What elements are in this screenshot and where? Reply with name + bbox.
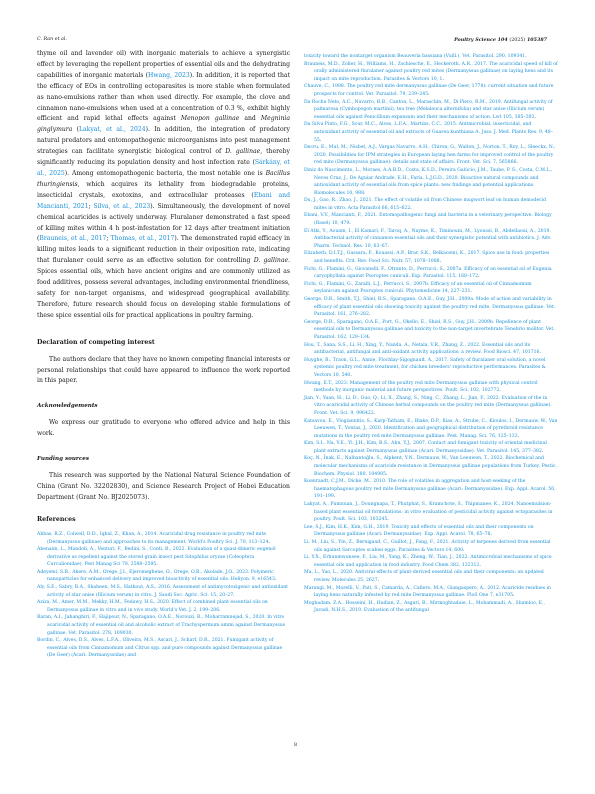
citation-link[interactable]: Brauneis, et al., 2017 [39, 235, 106, 242]
reference-end-period: . [542, 449, 543, 454]
reference-end-period: . [442, 77, 443, 82]
reference-text[interactable]: Diniz do Nascimento, L., Moraes, A.A.B.D… [304, 168, 552, 196]
reference-text[interactable]: Da Rocha Neto, A.C., Navarro, B.B., Cant… [304, 100, 552, 120]
journal-name: Poultry Science 104 [454, 37, 508, 43]
competing-interest-heading: Declaration of competing interest [37, 339, 290, 346]
reference-text[interactable]: Jian, Y., Yuan, H., Li, D., Guo, Q., Li,… [304, 396, 552, 416]
citation-link[interactable]: Hwang, 2023 [148, 72, 190, 79]
reference-end-period: . [268, 540, 269, 545]
reference-item[interactable]: Da Rocha Neto, A.C., Navarro, B.B., Cant… [304, 99, 558, 122]
reference-end-period: . [463, 548, 464, 553]
right-column: toxicity toward the nontarget organism B… [304, 53, 558, 615]
reference-item[interactable]: Ebani, V.V., Mancianti, F., 2021. Entomo… [304, 212, 558, 227]
running-header-author: C. Ran et al. [37, 37, 67, 42]
reference-end-period: . [440, 259, 441, 264]
reference-item[interactable]: Fichi, G., Flamini, G., Giovanelli, F., … [304, 266, 558, 281]
reference-item[interactable]: Chauve, C., 1998. The poultry red mite d… [304, 83, 558, 98]
running-header-journal: Poultry Science 104 (2025) 105387 [454, 37, 547, 43]
article-number: 105387 [527, 37, 547, 43]
reference-text[interactable]: Katsavou, E., Vlogiannitis, S., Karp-Tat… [304, 419, 557, 439]
reference-item[interactable]: George, D.R., Smith, T.J., Shiel, R.S., … [304, 296, 558, 319]
funding-heading: Funding sources [37, 456, 290, 462]
reference-item[interactable]: Adeyemi, S.B., Akere, A.M., Orege, J.I.,… [37, 569, 290, 584]
reference-item[interactable]: Moghadam, Z.A., Hosseini, H., Hadian, Z.… [304, 600, 558, 615]
reference-item[interactable]: Aziza, M., Amer, M.M., Mekky, H.M., Feda… [37, 599, 290, 614]
reference-item[interactable]: Kim, S.I., Na, Y.E., Yi, J.H., Kim, B.S.… [304, 440, 558, 455]
reference-end-period: . [410, 206, 411, 211]
reference-end-period: . [364, 191, 365, 196]
reference-item[interactable]: Fichi, G., Flamini, G., Zaralli, L.J., P… [304, 281, 558, 296]
reference-text[interactable]: Lakyat, A., Pumnuan, J., Doungnapa, T., … [304, 502, 553, 522]
reference-end-period: . [386, 472, 387, 477]
reference-end-period: . [479, 563, 480, 568]
reference-item[interactable]: Lee, S.J., Kim, H.K., Kim, G.H., 2019. T… [304, 524, 558, 539]
reference-text[interactable]: toxicity toward the nontarget organism B… [304, 54, 525, 59]
acknowledgements-text: We express our gratitude to everyone who… [37, 418, 290, 440]
reference-text[interactable]: Koenraadt, C.J.M., Dicke, M., 2010. The … [304, 479, 556, 499]
reference-text[interactable]: Li, Y.X., Erhunmwunsee, F., Liu, M., Yan… [304, 555, 552, 568]
reference-item[interactable]: toxicity toward the nontarget organism B… [304, 53, 558, 61]
funding-text: This research was supported by the Natio… [37, 471, 290, 504]
reference-text[interactable]: Moghadam, Z.A., Hosseini, H., Hadian, Z.… [304, 601, 545, 614]
reference-item[interactable]: Huyghe, B., Traon, G.L., Annie, Flochlay… [304, 357, 558, 380]
reference-item[interactable]: Jian, Y., Yuan, H., Li, D., Guo, Q., Li,… [304, 395, 558, 418]
reference-item[interactable]: Hou, T., Sana, S.S., Li, H., Xing, Y., N… [304, 342, 558, 357]
reference-text[interactable]: Lee, S.J., Kim, H.K., Kim, G.H., 2019. T… [304, 525, 534, 538]
reference-text[interactable]: Bordin, C., Alves, D.S., Alves, L.F.A., … [37, 638, 282, 658]
reference-text[interactable]: Baran, A.I., Jahanghiri, F., Hajipour, N… [37, 615, 285, 635]
reference-text[interactable]: Aly, S.E., Sabry, B.A., Shaheen, M.S., H… [37, 585, 288, 598]
reference-item[interactable]: Li, M., Liu, S., Yin, Z., Bernigaud, C.,… [304, 539, 558, 554]
reference-item[interactable]: Baran, A.I., Jahanghiri, F., Hajipour, N… [37, 614, 290, 637]
reference-end-period: . [275, 577, 276, 582]
reference-text[interactable]: George, D.R., Smith, T.J., Shiel, R.S., … [304, 297, 555, 317]
reference-item[interactable]: Koenraadt, C.J.M., Dicke, M., 2010. The … [304, 478, 558, 501]
reference-item[interactable]: Li, Y.X., Erhunmwunsee, F., Liu, M., Yan… [304, 554, 558, 569]
citation-link[interactable]: Silva, et al., 2023 [93, 203, 150, 210]
reference-end-period: . [518, 434, 519, 439]
reference-end-period: . [388, 244, 389, 249]
reference-end-period: . [350, 373, 351, 378]
reference-text[interactable]: Kim, S.I., Na, Y.E., Yi, J.H., Kim, B.S.… [304, 441, 547, 454]
reference-text[interactable]: Li, M., Liu, S., Yin, Z., Bernigaud, C.,… [304, 540, 551, 553]
reference-text[interactable]: Aziza, M., Amer, M.M., Mekky, H.M., Feda… [37, 600, 268, 613]
reference-text[interactable]: Du, J., Gao, R., Zhao, J., 2021. The eff… [304, 198, 546, 211]
reference-end-period: . [374, 411, 375, 416]
citation-link[interactable]: Thomas, et al., 2017 [111, 235, 175, 242]
reference-end-period: . [525, 54, 526, 59]
reference-end-period: . [233, 593, 234, 598]
reference-text[interactable]: Brauneis, M.D., Zoller, H., Williams, H.… [304, 62, 558, 82]
reference-item[interactable]: Bordin, C., Alves, D.S., Alves, L.F.A., … [37, 637, 290, 660]
reference-text[interactable]: Ebani, V.V., Mancianti, F., 2021. Entomo… [304, 213, 552, 226]
reference-item[interactable]: Ma, L., Yao, L., 2020. Antiviral effects… [304, 569, 558, 584]
reference-item[interactable]: Diniz do Nascimento, L., Moraes, A.A.B.D… [304, 167, 558, 197]
reference-item[interactable]: Elizabeth, D.I.T.J., Gassara, F., Kouass… [304, 250, 558, 265]
reference-end-period: . [369, 312, 370, 317]
reference-end-period: . [131, 631, 132, 636]
reference-item[interactable]: Decru, E., Mul, M., Nisbet, A.J., Vargas… [304, 144, 558, 167]
reference-text[interactable]: Hwang, E.T., 2023. Management of the pou… [304, 381, 538, 394]
reference-end-period: . [539, 350, 540, 355]
reference-item[interactable]: Lakyat, A., Pumnuan, J., Doungnapa, T., … [304, 501, 558, 524]
left-column: thyme oil and lavender oil) with inorgan… [37, 49, 290, 660]
citation-link[interactable]: Lakyat, et al., 2024 [79, 126, 146, 133]
reference-text[interactable]: George, D.R., Sparagano, O.A.E., Port, G… [304, 320, 555, 340]
reference-item[interactable]: Aly, S.E., Sabry, B.A., Shaheen, M.S., H… [37, 584, 290, 599]
reference-item[interactable]: Katsavou, E., Vlogiannitis, S., Karp-Tat… [304, 418, 558, 441]
reference-end-period: . [378, 578, 379, 583]
reference-item[interactable]: Abbas, R.Z., Colwell, D.D., Iqbal, Z., K… [37, 531, 290, 546]
reference-text[interactable]: Fichi, G., Flamini, G., Giovanelli, F., … [304, 267, 552, 280]
reference-item[interactable]: George, D.R., Sparagano, O.A.E., Port, G… [304, 319, 558, 342]
reference-list-left: Abbas, R.Z., Colwell, D.D., Iqbal, Z., K… [37, 531, 290, 660]
journal-year: (2025) [509, 38, 525, 43]
reference-end-period: . [470, 289, 471, 294]
reference-text[interactable]: Huyghe, B., Traon, G.L., Annie, Flochlay… [304, 358, 546, 378]
discussion-paragraph: thyme oil and lavender oil) with inorgan… [37, 49, 290, 322]
paragraph-text: ( [72, 126, 79, 133]
reference-text[interactable]: Da Silva Pinto, F.G., Scur, M.C., Alves,… [304, 122, 553, 142]
reference-item[interactable]: Koç, N., İnak, E., Nalbantoğlu, S., Alpk… [304, 455, 558, 478]
reference-end-period: . [516, 160, 517, 165]
reference-item[interactable]: Da Silva Pinto, F.G., Scur, M.C., Alves,… [304, 121, 558, 144]
reference-item[interactable]: Abenaim, L., Mandoli, A., Venturi, F., B… [37, 546, 290, 569]
reference-text[interactable]: Ma, L., Yao, L., 2020. Antiviral effects… [304, 570, 544, 583]
species-name: D. gallinae [225, 148, 260, 155]
reference-text[interactable]: El Atki, Y., Aouam, I., El Kamari, F., T… [304, 229, 551, 249]
reference-end-period: . [156, 562, 157, 567]
reference-end-period: . [369, 335, 370, 340]
reference-item[interactable]: Du, J., Gao, R., Zhao, J., 2021. The eff… [304, 197, 558, 212]
reference-end-period: . [428, 92, 429, 97]
reference-text[interactable]: Elizabeth, D.I.T.J., Gassara, F., Kouass… [304, 251, 549, 264]
reference-text[interactable]: Hou, T., Sana, S.S., Li, H., Xing, Y., N… [304, 343, 539, 356]
reference-text[interactable]: Abbas, R.Z., Colwell, D.D., Iqbal, Z., K… [37, 532, 268, 545]
reference-item[interactable]: El Atki, Y., Aouam, I., El Kamari, F., T… [304, 228, 558, 251]
reference-item[interactable]: Marangi, M., Morelli, V., Pati, S., Cama… [304, 585, 558, 600]
reference-text[interactable]: Fichi, G., Flamini, G., Zaralli, L.J., P… [304, 282, 532, 295]
reference-end-period: . [320, 138, 321, 143]
reference-end-period: . [490, 532, 491, 537]
reference-item[interactable]: Hwang, E.T., 2023. Management of the pou… [304, 380, 558, 395]
reference-text[interactable]: Koç, N., İnak, E., Nalbantoğlu, S., Alpk… [304, 456, 557, 476]
reference-end-period: . [535, 115, 536, 120]
page-number: 8 [294, 743, 297, 748]
reference-list-right: toxicity toward the nontarget organism B… [304, 53, 558, 615]
species-name: D. gallinae [254, 257, 288, 264]
competing-interest-text: The authors declare that they have no kn… [37, 355, 290, 388]
paragraph-text: and [239, 115, 261, 122]
species-name: Menopon gallinae [181, 115, 240, 122]
reference-end-period: . [387, 517, 388, 522]
reference-end-period: . [499, 388, 500, 393]
paragraph-text: . Spices essential oils, which have anci… [37, 257, 290, 319]
reference-end-period: . [349, 221, 350, 226]
reference-text[interactable]: Adeyemi, S.B., Akere, A.M., Orege, J.I.,… [37, 570, 275, 583]
reference-end-period: . [219, 608, 220, 613]
reference-end-period: . [478, 274, 479, 279]
reference-end-period: . [334, 494, 335, 499]
references-heading: References [37, 516, 290, 523]
reference-item[interactable]: Brauneis, M.D., Zoller, H., Williams, H.… [304, 61, 558, 84]
acknowledgements-heading: Acknowledgements [37, 403, 290, 409]
reference-end-period: . [513, 593, 514, 598]
paragraph-text: ). Among entomopathogenic bacteria, the … [65, 170, 266, 177]
